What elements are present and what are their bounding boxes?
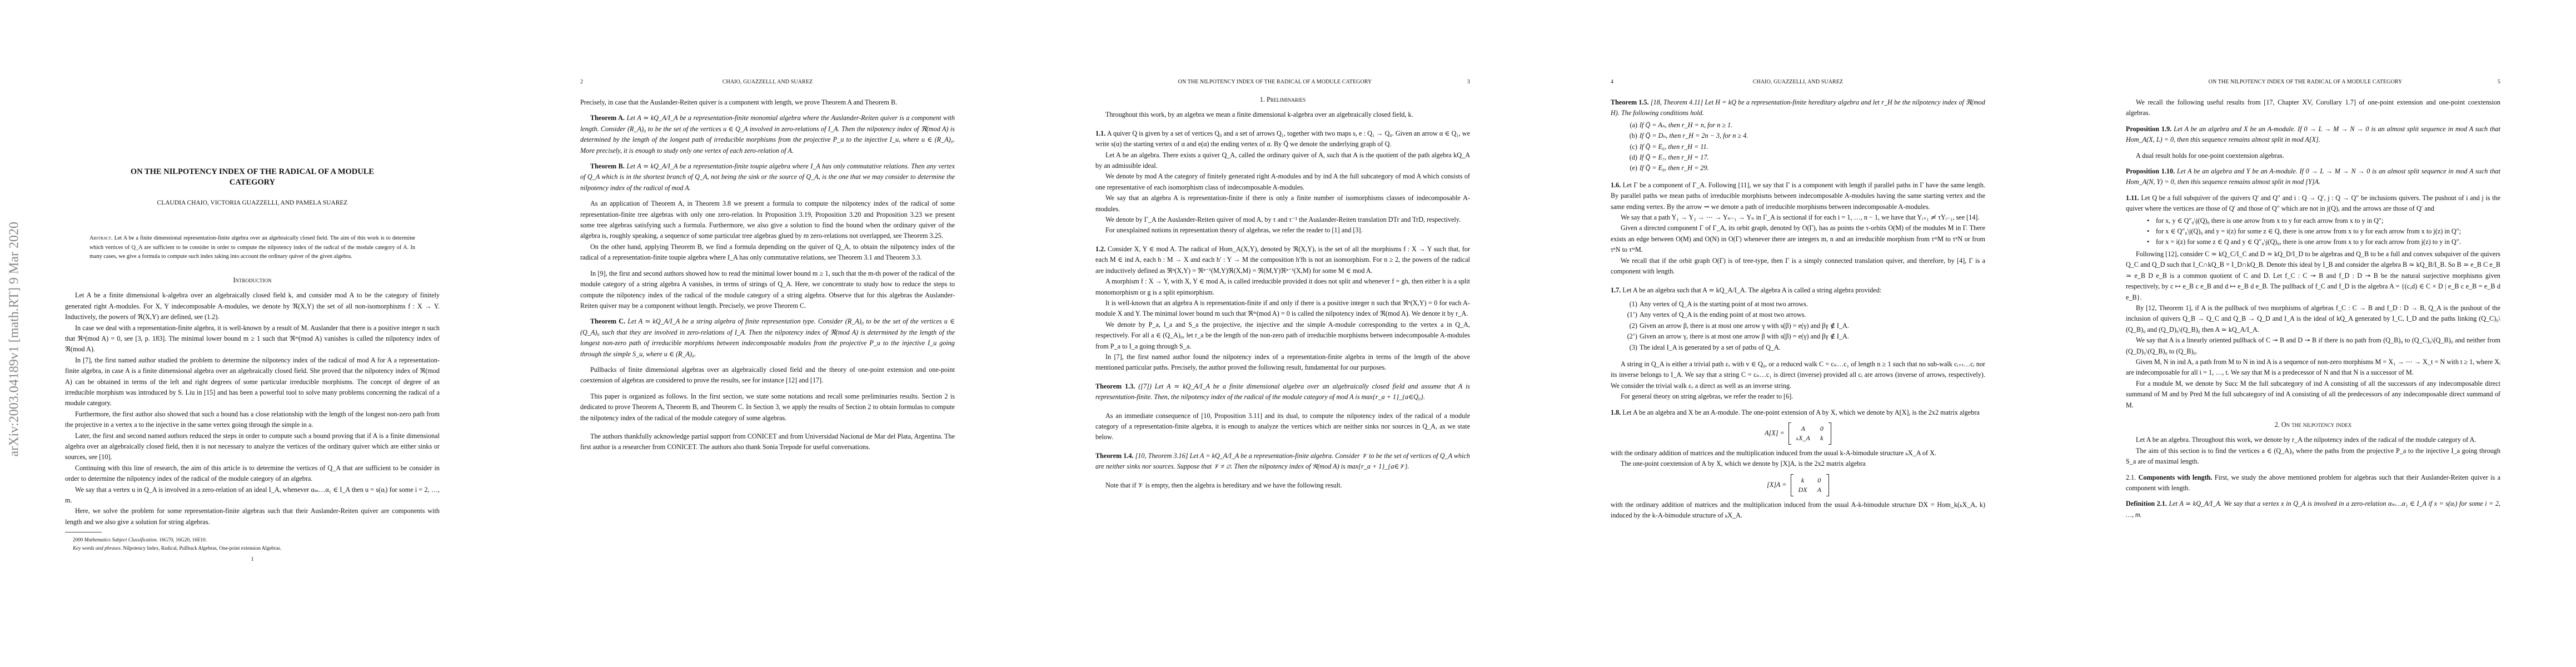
list-item: (1’)Any vertex of Q_A is the ending poin… (1611, 310, 1985, 320)
paragraph: We say that an algebra A is representati… (1095, 193, 1470, 215)
list-item: (1)Any vertex of Q_A is the starting poi… (1611, 299, 1985, 310)
page-4: 4 CHAIO, GUAZZELLI, AND SUAREZ Theorem 1… (1546, 0, 2061, 667)
paragraph: On the other hand, applying Theorem B, w… (580, 242, 955, 263)
abstract-text: Let A be a finite dimensional representa… (89, 235, 415, 260)
paragraph: Let A be an algebra. Throughout this wor… (2126, 435, 2500, 445)
footnote-msc: 2000 Mathematics Subject Classification.… (65, 536, 440, 544)
paragraph: We denote by mod A the category of finit… (1095, 171, 1470, 193)
paragraph: Precisely, in case that the Auslander-Re… (580, 97, 955, 108)
paragraph: Later, the first and second named author… (65, 431, 440, 463)
proposition-1-10: Proposition 1.10. Let A be an algebra an… (2126, 166, 2500, 188)
theorem-1-4: Theorem 1.4. [10, Theorem 3.16] Let A = … (1095, 451, 1470, 472)
page-5: ON THE NILPOTENCY INDEX OF THE RADICAL O… (2061, 0, 2576, 667)
running-head-text: CHAIO, GUAZZELLI, AND SUAREZ (1611, 79, 1985, 85)
paragraph: In case we deal with a representation-fi… (65, 323, 440, 355)
paragraph: Let A be an algebra. There exists a quiv… (1095, 150, 1470, 172)
page-4-body: Theorem 1.5. [18, Theorem 4.11] Let H = … (1611, 97, 1985, 521)
list-item: (a)If Q̄ = Aₙ, then r_H = n, for n ≥ 1. (1611, 120, 1985, 131)
subsection-1-6: 1.6. Let Γ be a component of Γ_A. Follow… (1611, 180, 1985, 212)
paragraph: Following [12], consider C ≃ kQ_C/I_C an… (2126, 249, 2500, 303)
authors: CLAUDIA CHAIO, VICTORIA GUAZZELLI, AND P… (65, 198, 440, 208)
theorem-1-3: Theorem 1.3. ([7]) Let A ≃ kQ_A/I_A be a… (1095, 381, 1470, 403)
section-title-nilpotency-index: 2. On the nilpotency index (2126, 420, 2500, 430)
footnote-rule (65, 532, 102, 532)
paragraph: We say that A is a linearly oriented pul… (2126, 335, 2500, 357)
paragraph: A dual result holds for one-point coexte… (2126, 151, 2500, 161)
paragraph: Given a directed component Γ of Γ_A, its… (1611, 223, 1985, 255)
list-item: (2)Given an arrow β, there is at most on… (1611, 321, 1985, 331)
paragraph: In [9], the first and second authors sho… (580, 268, 955, 312)
page-5-body: We recall the following useful results f… (2126, 97, 2500, 520)
paragraph: with the ordinary addition of matrices a… (1611, 500, 1985, 521)
list-item: •for x, y ∈ Q″₀\j(Q)₀ there is one arrow… (2126, 216, 2500, 226)
subsection-1-1: 1.1. A quiver Q is given by a set of ver… (1095, 128, 1470, 150)
running-head: 2 CHAIO, GUAZZELLI, AND SUAREZ (580, 79, 955, 88)
definition-2-1: Definition 2.1. Let A ≃ kQ_A/I_A. We say… (2126, 499, 2500, 520)
running-head: ON THE NILPOTENCY INDEX OF THE RADICAL O… (2126, 79, 2500, 88)
section-title-preliminaries: 1. Preliminaries (1095, 94, 1470, 105)
paragraph: For general theory on string algebras, w… (1611, 391, 1985, 402)
page-3-body: 1. Preliminaries Throughout this work, b… (1095, 94, 1470, 491)
paragraph: A morphism f : X → Y, with X, Y ∈ mod A,… (1095, 276, 1470, 298)
paragraph: Given M, N in ind A, a path from M to N … (2126, 357, 2500, 379)
list-item: (d)If Q̄ = E₇, then r_H = 17. (1611, 152, 1985, 163)
list-item: •for x = i(z) for some z ∈ Q and y ∈ Q″₀… (2126, 237, 2500, 247)
paragraph: Furthermore, the first author also showe… (65, 409, 440, 431)
paragraph: As an immediate consequence of [10, Prop… (1095, 411, 1470, 443)
theorem-b: Theorem B. Let A ≃ kQ_A/I_A be a represe… (580, 161, 955, 193)
paragraph: Note that if 𝒱 is empty, then the algebr… (1095, 480, 1470, 491)
paragraph: Pullbacks of finite dimensional algebras… (580, 365, 955, 386)
subsection-2-1: 2.1. Components with length. First, we s… (2126, 472, 2500, 494)
paragraph: A string in Q_A is either a trivial path… (1611, 359, 1985, 391)
paper-title: ON THE NILPOTENCY INDEX OF THE RADICAL O… (65, 167, 440, 188)
running-head: ON THE NILPOTENCY INDEX OF THE RADICAL O… (1095, 79, 1470, 88)
paragraph: We recall that if the orbit graph O(Γ) i… (1611, 256, 1985, 277)
paragraph: As an application of Theorem A, in Theor… (580, 198, 955, 242)
list-item: (e)If Q̄ = E₈, then r_H = 29. (1611, 163, 1985, 173)
acknowledgments: The authors thankfully acknowledge parti… (580, 431, 955, 453)
paragraph: Let A be a finite dimensional k-algebra … (65, 290, 440, 322)
matrix-one-point-coextension: [X]A = k0DXA (1611, 474, 1985, 496)
theorem-1-5: Theorem 1.5. [18, Theorem 4.11] Let H = … (1611, 97, 1985, 119)
paragraph: Here, we solve the problem for some repr… (65, 506, 440, 527)
abstract: Abstract. Let A be a finite dimensional … (65, 234, 440, 262)
page-number: 5 (2498, 79, 2500, 85)
subsection-1-7: 1.7. Let A be an algebra such that A ≃ k… (1611, 285, 1985, 296)
paragraph: We say that a path Y₁ → Y₂ → ⋯ → Yₙ₋₁ → … (1611, 212, 1985, 223)
paragraph: In [7], the first named author studied t… (65, 355, 440, 409)
subsection-1-8: 1.8. Let A be an algebra and X be an A-m… (1611, 407, 1985, 418)
page-2: 2 CHAIO, GUAZZELLI, AND SUAREZ Precisely… (515, 0, 1030, 667)
abstract-label: Abstract. (89, 235, 113, 241)
page-2-body: Precisely, in case that the Auslander-Re… (580, 97, 955, 453)
paragraph: Continuing with this line of research, t… (65, 463, 440, 485)
running-head-text: CHAIO, GUAZZELLI, AND SUAREZ (580, 79, 955, 85)
page-number: 1 (65, 554, 440, 565)
paragraph: The one-point coextension of A by X, whi… (1611, 459, 1985, 469)
pushout-arrow-rules: •for x, y ∈ Q″₀\j(Q)₀ there is one arrow… (2126, 216, 2500, 248)
paragraph: We denote by Γ_A the Auslander-Reiten qu… (1095, 215, 1470, 225)
paragraph: with the ordinary addition of matrices a… (1611, 448, 1985, 459)
list-item: •for x ∈ Q″₀\j(Q)₀ and y = i(z) for some… (2126, 226, 2500, 237)
page-3: ON THE NILPOTENCY INDEX OF THE RADICAL O… (1030, 0, 1546, 667)
running-head: 4 CHAIO, GUAZZELLI, AND SUAREZ (1611, 79, 1985, 88)
list-item: (3)The ideal I_A is generated by a set o… (1611, 342, 1985, 353)
running-head-text: ON THE NILPOTENCY INDEX OF THE RADICAL O… (1095, 79, 1454, 85)
theorem-c: Theorem C. Let A ≃ kQ_A/I_A be a string … (580, 316, 955, 360)
paragraph: For unexplained notions in representatio… (1095, 225, 1470, 236)
page-number: 3 (1467, 79, 1470, 85)
paragraph: By [12, Theorem 1], if A is the pullback… (2126, 303, 2500, 335)
paragraph: It is well-known that an algebra A is re… (1095, 298, 1470, 320)
paragraph: The aim of this section is to find the v… (2126, 446, 2500, 467)
paragraph: We denote by P_a, I_a and S_a the projec… (1095, 320, 1470, 352)
running-head-text: ON THE NILPOTENCY INDEX OF THE RADICAL O… (2126, 79, 2485, 85)
theorem-a: Theorem A. Let A ≃ kQ_A/I_A be a represe… (580, 113, 955, 156)
proposition-1-9: Proposition 1.9. Let A be an algebra and… (2126, 124, 2500, 146)
string-algebra-conditions: (1)Any vertex of Q_A is the starting poi… (1611, 299, 1985, 353)
paragraph: In [7], the first named author found the… (1095, 352, 1470, 374)
paragraph: We say that a vertex u in Q_A is involve… (65, 485, 440, 506)
list-item: (b)If Q̄ = Dₙ, then r_H = 2n − 3, for n … (1611, 131, 1985, 141)
page-1-body: ON THE NILPOTENCY INDEX OF THE RADICAL O… (65, 167, 440, 565)
paragraph: This paper is organized as follows. In t… (580, 391, 955, 424)
paragraph: Throughout this work, by an algebra we m… (1095, 109, 1470, 120)
theorem-1-5-conditions: (a)If Q̄ = Aₙ, then r_H = n, for n ≥ 1. … (1611, 120, 1985, 174)
arxiv-stamp: arXiv:2003.04189v1 [math.RT] 9 Mar 2020 (7, 223, 22, 457)
matrix-one-point-extension: A[X] = A0ₖX_Ak (1611, 422, 1985, 445)
list-item: (c)If Q̄ = E₆, then r_H = 11. (1611, 142, 1985, 152)
footnote-keywords: Key words and phrases. Nilpotency Index,… (65, 544, 440, 552)
paragraph: For a module M, we denote by Succ M the … (2126, 379, 2500, 411)
subsection-1-11: 1.11. Let Q be a full subquiver of the q… (2126, 193, 2500, 215)
list-item: (2’)Given an arrow γ, there is at most o… (1611, 331, 1985, 342)
page-1: arXiv:2003.04189v1 [math.RT] 9 Mar 2020 … (0, 0, 515, 667)
section-title-introduction: Introduction (65, 275, 440, 286)
subsection-1-2: 1.2. Consider X, Y ∈ mod A. The radical … (1095, 244, 1470, 276)
paragraph: We recall the following useful results f… (2126, 97, 2500, 119)
